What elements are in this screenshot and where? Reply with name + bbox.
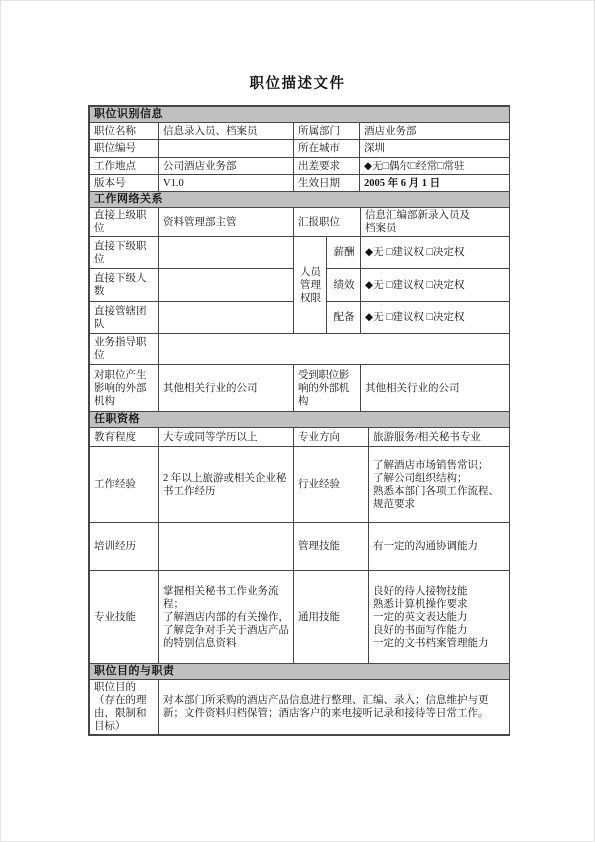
value-position-purpose: 对本部门所采购的酒店产品信息进行整理、汇编、录入；信息维护与更新；文件资料归档保… xyxy=(159,680,510,735)
value-performance-authority: ◆无 □建议权 □决定权 xyxy=(361,269,510,302)
value-industry-experience: 了解酒店市场销售常识； 了解公司组织结构； 熟悉本部门各项工作流程、规范要求 xyxy=(369,447,510,523)
value-position-code xyxy=(159,140,294,158)
label-direct-subordinate-position: 直接下级职位 xyxy=(90,237,159,269)
table-identification: 职位识别信息 职位名称 信息录入员、档案员 所属部门 酒店业务部 职位编号 所在… xyxy=(89,106,510,192)
label-reporting-position: 汇报职位 xyxy=(294,208,361,237)
label-city: 所在城市 xyxy=(294,140,360,158)
label-external-influencing: 对职位产生影响的外部机构 xyxy=(90,365,159,412)
value-department: 酒店业务部 xyxy=(360,123,510,140)
document-title: 职位描述文件 xyxy=(1,72,594,93)
value-major: 旅游服务/相关秘书专业 xyxy=(369,428,510,447)
section-header-qualifications: 任职资格 xyxy=(90,412,510,428)
label-position-purpose: 职位目的（存在的理由，限制和目标） xyxy=(90,680,159,735)
label-major: 专业方向 xyxy=(294,428,369,447)
label-training: 培训经历 xyxy=(90,523,159,571)
value-general-skills: 良好的待人接物技能 熟悉计算机操作要求 一定的英文表达能力 良好的书面写作能力 … xyxy=(369,571,510,664)
label-performance: 绩效 xyxy=(327,269,361,302)
document-page: 职位描述文件 职位识别信息 职位名称 信息录入员、档案员 所属部门 酒店业务部 … xyxy=(0,0,595,842)
label-personnel-authority: 人员管理权限 xyxy=(294,237,327,334)
label-professional-skills: 专业技能 xyxy=(90,571,159,664)
label-education: 教育程度 xyxy=(90,428,159,447)
value-city: 深圳 xyxy=(360,140,510,158)
value-professional-skills: 掌握相关秘书工作业务流程； 了解酒店内部的有关操作， 了解竞争对手关于酒店产品的… xyxy=(159,571,294,664)
table-purpose: 职位目的与职责 职位目的（存在的理由，限制和目标） 对本部门所采购的酒店产品信息… xyxy=(89,663,510,735)
value-staffing-authority: ◆无 □建议权 □决定权 xyxy=(361,302,510,334)
label-direct-supervisor: 直接上级职位 xyxy=(90,208,159,237)
label-direct-subordinate-count: 直接下级人数 xyxy=(90,269,159,302)
value-version: V1.0 xyxy=(159,175,294,192)
table-qualifications: 任职资格 教育程度 大专或同等学历以上 专业方向 旅游服务/相关秘书专业 工作经… xyxy=(89,411,510,664)
value-external-influenced: 其他相关行业的公司 xyxy=(361,365,510,412)
value-training xyxy=(159,523,294,571)
value-direct-supervisor: 资料管理部主管 xyxy=(159,208,294,237)
label-position-name: 职位名称 xyxy=(90,123,159,140)
label-general-skills: 通用技能 xyxy=(294,571,369,664)
value-business-guidance xyxy=(159,334,510,365)
label-position-code: 职位编号 xyxy=(90,140,159,158)
value-salary-authority: ◆无 □建议权 □决定权 xyxy=(361,237,510,269)
table-network: 工作网络关系 直接上级职位 资料管理部主管 汇报职位 信息汇编部新录入员及 档案… xyxy=(89,191,510,412)
label-external-influenced: 受到职位影响的外部机构 xyxy=(294,365,361,412)
value-work-location: 公司酒店业务部 xyxy=(159,158,294,175)
value-travel-requirement: ◆无□偶尔□经常□常驻 xyxy=(360,158,510,175)
section-header-network: 工作网络关系 xyxy=(90,192,510,208)
value-reporting-position: 信息汇编部新录入员及 档案员 xyxy=(361,208,510,237)
label-staffing: 配备 xyxy=(327,302,361,334)
value-direct-subordinate-count xyxy=(159,269,294,302)
label-direct-team: 直接管辖团队 xyxy=(90,302,159,334)
label-effective-date: 生效日期 xyxy=(294,175,360,192)
value-position-name: 信息录入员、档案员 xyxy=(159,123,294,140)
value-work-experience: 2 年以上旅游或相关企业秘书工作经历 xyxy=(159,447,294,523)
label-version: 版本号 xyxy=(90,175,159,192)
label-travel-requirement: 出差要求 xyxy=(294,158,360,175)
value-direct-subordinate-position xyxy=(159,237,294,269)
value-direct-team xyxy=(159,302,294,334)
value-effective-date: 2005 年 6 月 1 日 xyxy=(360,175,510,192)
value-external-influencing: 其他相关行业的公司 xyxy=(159,365,294,412)
label-work-location: 工作地点 xyxy=(90,158,159,175)
label-industry-experience: 行业经验 xyxy=(294,447,369,523)
label-work-experience: 工作经验 xyxy=(90,447,159,523)
label-salary: 薪酬 xyxy=(327,237,361,269)
label-business-guidance: 业务指导职位 xyxy=(90,334,159,365)
label-department: 所属部门 xyxy=(294,123,360,140)
section-header-identification: 职位识别信息 xyxy=(90,107,510,123)
section-header-purpose: 职位目的与职责 xyxy=(90,664,510,680)
value-management-skills: 有一定的沟通协调能力 xyxy=(369,523,510,571)
label-management-skills: 管理技能 xyxy=(294,523,369,571)
value-education: 大专或同等学历以上 xyxy=(159,428,294,447)
document-tables: 职位识别信息 职位名称 信息录入员、档案员 所属部门 酒店业务部 职位编号 所在… xyxy=(88,105,510,736)
